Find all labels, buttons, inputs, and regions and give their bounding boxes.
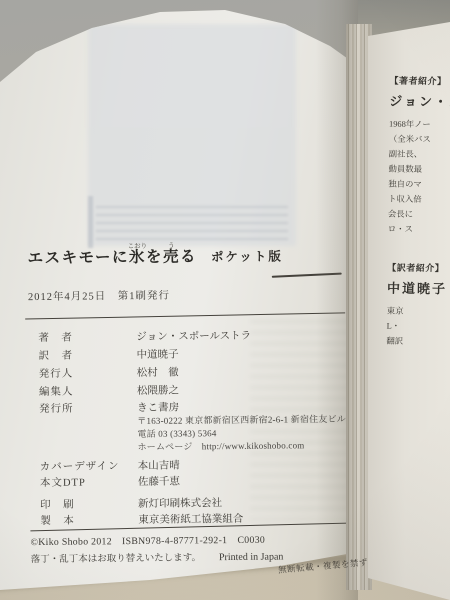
credit-label: 訳 者 (39, 347, 137, 363)
credit-label: 製 本 (40, 512, 138, 528)
credit-row-dtp: 本文DTP佐藤千恵 (40, 474, 180, 490)
publisher-phone: 電話 03 (3343) 5364 (137, 426, 216, 440)
credit-label: 本文DTP (40, 474, 138, 490)
translator-bio-line: 翻訳 (386, 334, 450, 350)
author-bio-line: 独自のマ (388, 177, 450, 193)
replacement-notice: 落丁・乱丁本はお取り替えいたします。Printed in Japan (31, 548, 284, 565)
credit-label: 編集人 (39, 383, 137, 399)
credit-row-translator: 訳 者中道暁子 (39, 347, 179, 363)
credit-value: 新灯印刷株式会社 (138, 498, 222, 510)
bio-content: 【著者紹介】 ジョン・スポールストラ 1968年ノー （全米バス 副社長、 動員… (386, 74, 450, 350)
colophon-content: エスキモーに氷こおりを売うるポケット版 2012年4月25日 第1刷発行 著 者… (0, 0, 361, 600)
credit-value: 松村 徹 (137, 368, 179, 379)
bio-page: 【著者紹介】 ジョン・スポールストラ 1968年ノー （全米バス 副社長、 動員… (368, 18, 450, 600)
title-text: エスキモーに氷こおりを売うる (27, 248, 197, 267)
author-name: ジョン・スポールストラ (389, 91, 450, 111)
author-intro-tag: 【著者紹介】 (390, 74, 450, 88)
credit-row-publisher-person: 発行人松村 徹 (39, 365, 179, 381)
credit-row-cover-design: カバーデザイン本山吉晴 (40, 458, 180, 474)
publisher-website: ホームページ http://www.kikoshobo.com (137, 438, 304, 453)
translator-intro-tag: 【訳者紹介】 (387, 261, 450, 275)
translator-section: 【訳者紹介】 中道暁子 東京 L・ 翻訳 (386, 261, 450, 350)
author-bio-line: ロ・ス (388, 222, 450, 238)
credit-value: 佐藤千恵 (138, 477, 180, 488)
credit-label: カバーデザイン (40, 458, 138, 474)
credit-value: 中道暁子 (137, 350, 179, 361)
credit-row-author: 著 者ジョン・スポールストラ (38, 328, 251, 345)
credit-label: 著 者 (38, 329, 136, 345)
credit-label: 印 刷 (40, 496, 138, 512)
book-title: エスキモーに氷こおりを売うるポケット版 (27, 241, 283, 268)
book-photo: エスキモーに氷こおりを売うるポケット版 2012年4月25日 第1刷発行 著 者… (0, 0, 450, 600)
translator-bio-line: 東京 (387, 304, 450, 320)
translator-bio-line: L・ (387, 319, 450, 335)
credit-value: ジョン・スポールストラ (136, 331, 251, 343)
title-kanji-sell: 売う (163, 249, 180, 266)
colophon-page: エスキモーに氷こおりを売うるポケット版 2012年4月25日 第1刷発行 著 者… (0, 0, 358, 600)
publisher-address: 〒163-0222 東京都新宿区西新宿2-6-1 新宿住友ビル22階 (137, 412, 364, 427)
credit-value: 松隈勝之 (137, 386, 179, 397)
credit-value: 東京美術紙工協業組合 (138, 514, 243, 526)
credit-label: 発行人 (39, 365, 137, 381)
title-kanji-ice: 氷こおり (129, 249, 146, 266)
credit-value: きこ書房 (137, 403, 179, 414)
author-bio-line: （全米バス (389, 132, 450, 148)
author-bio-line: 1968年ノー (389, 117, 450, 133)
author-bio-line: ト収入倍 (388, 192, 450, 208)
author-bio-line: 会長に (388, 207, 450, 223)
issue-date-line: 2012年4月25日 第1刷発行 (28, 288, 170, 304)
author-bio-line: 動員数最 (388, 162, 450, 178)
credit-row-editor: 編集人松隈勝之 (39, 383, 179, 399)
edition-label: ポケット版 (211, 249, 283, 264)
title-rule (272, 273, 342, 278)
printed-in-japan: Printed in Japan (219, 551, 284, 563)
credit-row-printer: 印 刷新灯印刷株式会社 (40, 495, 222, 512)
author-bio-line: 副社長、 (389, 147, 450, 163)
replace-text: 落丁・乱丁本はお取り替えいたします。 (31, 553, 201, 565)
credit-label: 発行所 (39, 400, 137, 416)
copyright-isbn-line: ©Kiko Shobo 2012 ISBN978-4-87771-292-1 C… (30, 532, 265, 548)
divider-rule-top (25, 312, 345, 319)
credit-value: 本山吉晴 (138, 461, 180, 472)
translator-name: 中道暁子 (387, 278, 450, 298)
